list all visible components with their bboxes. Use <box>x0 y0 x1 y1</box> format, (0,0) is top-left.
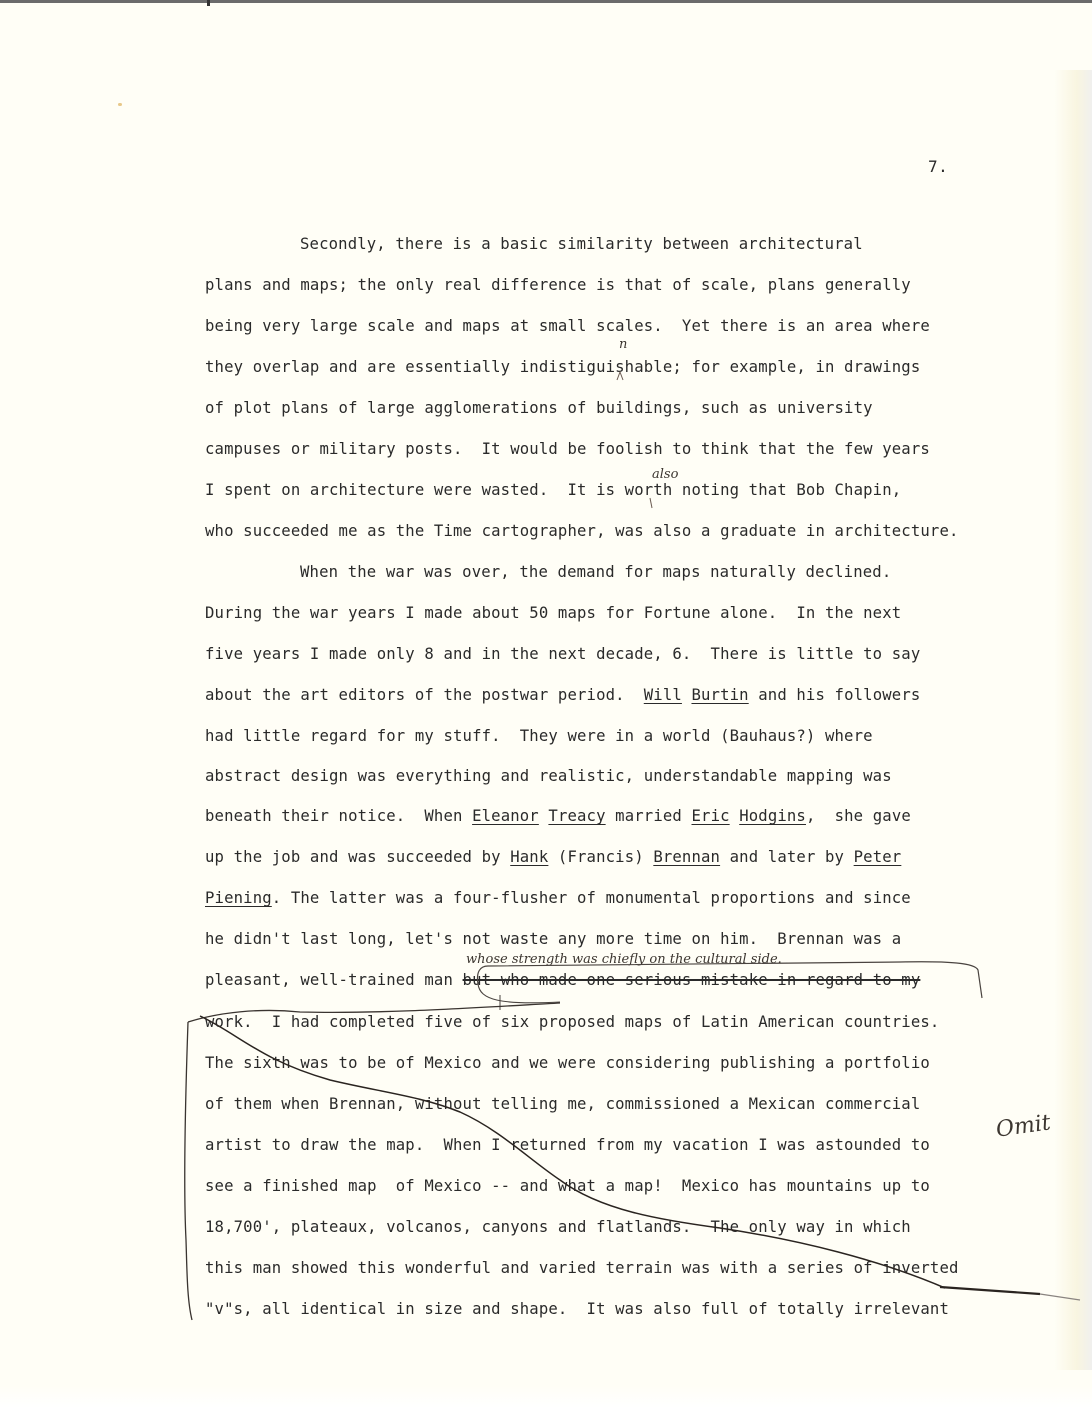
handwritten-insert-cultural: whose strength was chiefly on the cultur… <box>466 952 782 967</box>
text-line: beneath their notice. When Eleanor Treac… <box>205 806 911 826</box>
handwritten-insert-also: also <box>652 467 678 482</box>
text-line: During the war years I made about 50 map… <box>205 603 901 623</box>
text-line: plans and maps; the only real difference… <box>205 275 911 295</box>
margin-bracket-icon <box>185 1022 192 1320</box>
text-line: see a finished map of Mexico -- and what… <box>205 1176 930 1196</box>
pen-markings <box>0 0 1092 1423</box>
text-span: and his followers <box>749 686 921 704</box>
underlined-name: Burtin <box>691 686 748 704</box>
text-line: I spent on architecture were wasted. It … <box>205 480 901 500</box>
struck-text: but who made one serious mistake in rega… <box>463 971 921 989</box>
underlined-name: Hodgins <box>739 807 806 825</box>
text-line: pleasant, well-trained man but who made … <box>205 970 920 990</box>
text-span: married <box>606 807 692 825</box>
text-line: had little regard for my stuff. They wer… <box>205 726 873 746</box>
underlined-name: Eleanor <box>472 807 539 825</box>
text-line: this man showed this wonderful and varie… <box>205 1258 959 1278</box>
text-span: . The latter was a four-flusher of monum… <box>272 889 911 907</box>
text-line: work. I had completed five of six propos… <box>205 1012 939 1032</box>
text-line: campuses or military posts. It would be … <box>205 439 930 459</box>
text-span: , she gave <box>806 807 911 825</box>
text-span: about the art editors of the postwar per… <box>205 686 644 704</box>
scan-staple-mark <box>207 0 210 6</box>
text-line: artist to draw the map. When I returned … <box>205 1135 930 1155</box>
text-line: they overlap and are essentially indisti… <box>205 357 920 377</box>
text-span <box>539 807 549 825</box>
underlined-name: Piening <box>205 889 272 907</box>
scan-top-edge <box>0 0 1092 3</box>
text-span <box>730 807 740 825</box>
text-line: abstract design was everything and reali… <box>205 766 892 786</box>
underlined-name: Treacy <box>548 807 605 825</box>
text-line: "v"s, all identical in size and shape. I… <box>205 1299 949 1319</box>
text-line: of plot plans of large agglomerations of… <box>205 398 873 418</box>
handwritten-omit-note: Omit <box>995 1110 1053 1142</box>
underlined-name: Brennan <box>653 848 720 866</box>
text-span: and later by <box>720 848 854 866</box>
text-span: (Francis) <box>548 848 653 866</box>
page-number: 7. <box>928 157 948 176</box>
handwritten-insert-n: n <box>619 337 627 352</box>
text-line: 18,700', plateaux, volcanos, canyons and… <box>205 1217 911 1237</box>
underlined-name: Eric <box>692 807 730 825</box>
underlined-name: Will <box>644 686 682 704</box>
text-line: Piening. The latter was a four-flusher o… <box>205 888 911 908</box>
text-line: about the art editors of the postwar per… <box>205 685 920 705</box>
paper-edge-shadow <box>1054 70 1092 1370</box>
text-span: beneath their notice. When <box>205 807 472 825</box>
text-span: up the job and was succeeded by <box>205 848 510 866</box>
text-line: he didn't last long, let's not waste any… <box>205 929 901 949</box>
text-line: Secondly, there is a basic similarity be… <box>300 234 863 254</box>
text-span: pleasant, well-trained man <box>205 971 463 989</box>
underlined-name: Hank <box>510 848 548 866</box>
scan-bottom-edge <box>0 1385 1092 1423</box>
underlined-name: Peter <box>854 848 902 866</box>
text-line: five years I made only 8 and in the next… <box>205 644 920 664</box>
text-line: who succeeded me as the Time cartographe… <box>205 521 959 541</box>
text-line: being very large scale and maps at small… <box>205 316 930 336</box>
text-line: of them when Brennan, without telling me… <box>205 1094 920 1114</box>
text-line: up the job and was succeeded by Hank (Fr… <box>205 847 901 867</box>
paper-speck <box>118 103 122 106</box>
text-line: When the war was over, the demand for ma… <box>300 562 891 582</box>
text-line: The sixth was to be of Mexico and we wer… <box>205 1053 930 1073</box>
